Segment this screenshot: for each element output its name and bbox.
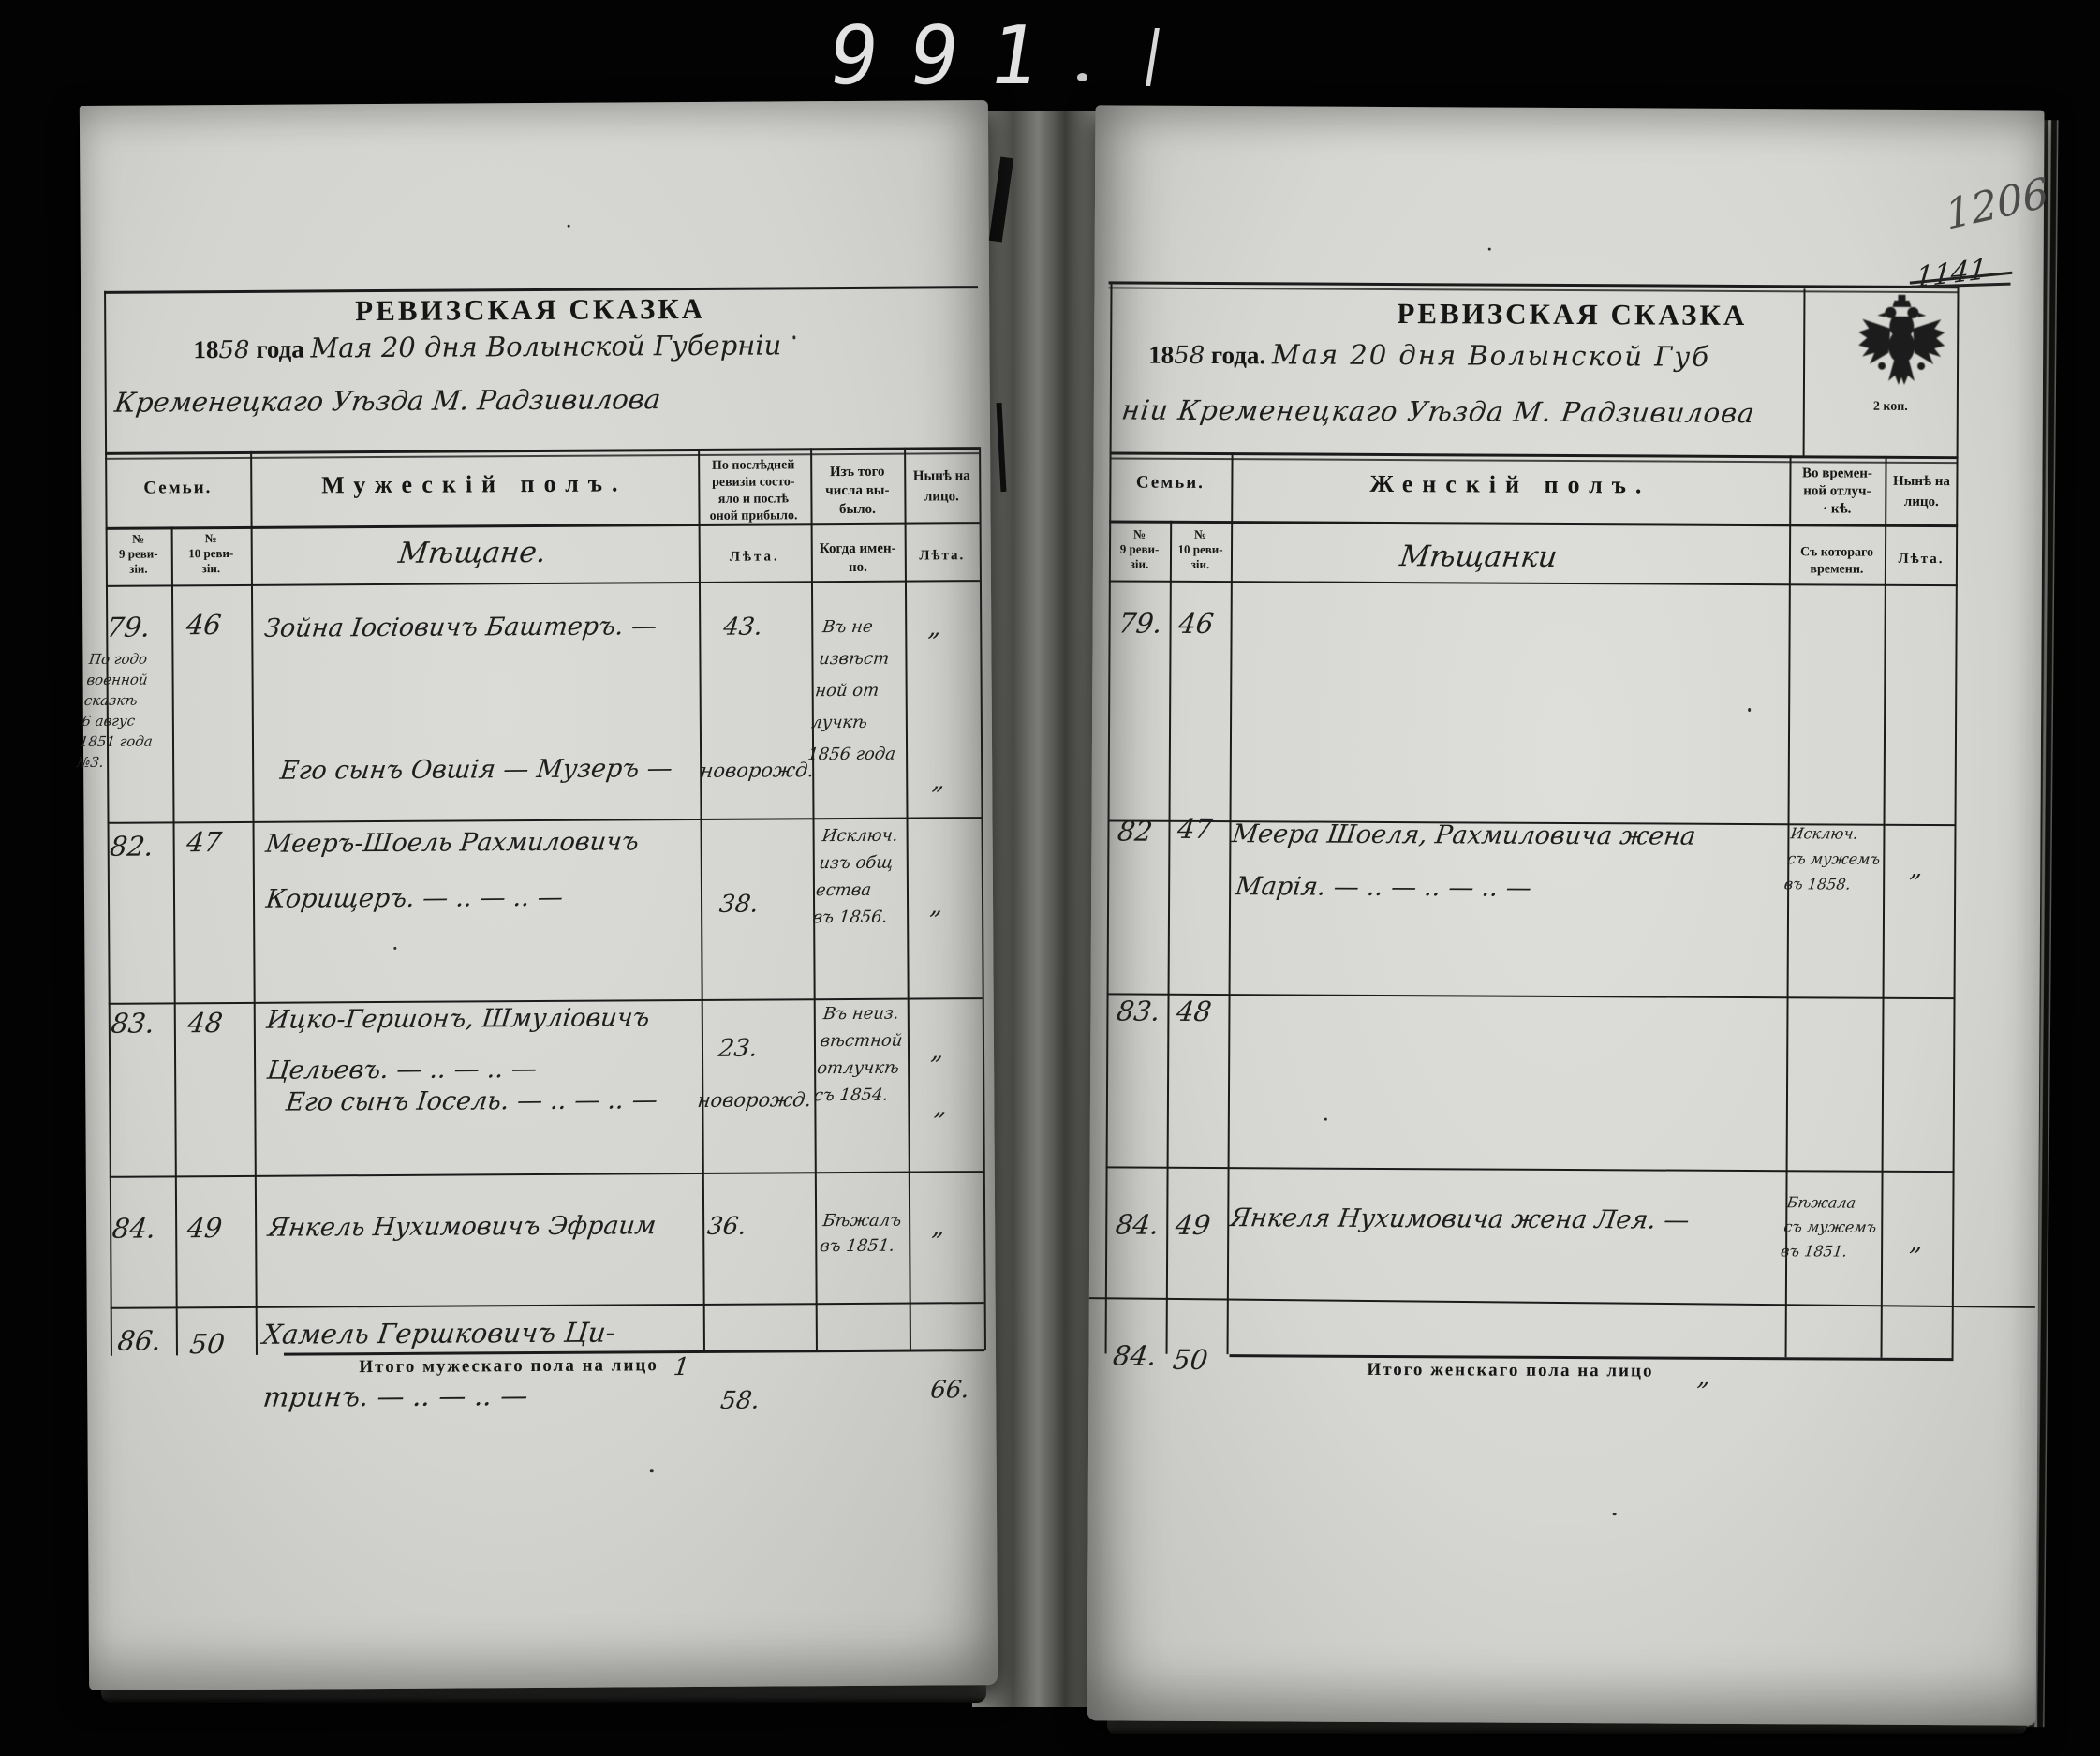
row-age: 58. xyxy=(719,1387,762,1415)
col-prev-revision: По послѣдней ревизіи состо- яло и послѣ … xyxy=(696,457,810,525)
rule xyxy=(1952,286,1960,1358)
row-n9: 82. xyxy=(109,830,155,862)
rule xyxy=(250,451,258,1355)
right-page: 1206 1141 2 коп. РЕВИЗСКАЯ СКАЗКА 1858 г… xyxy=(1087,105,2044,1725)
scan-counter-dot xyxy=(1077,73,1087,81)
rule xyxy=(904,448,911,1351)
row-age: 36. xyxy=(706,1213,748,1241)
row-n10: 48 xyxy=(186,1007,225,1039)
rule xyxy=(171,526,178,1355)
col-now-present: Нынѣ на лицо. xyxy=(904,465,979,507)
row-n9: 79. xyxy=(1117,608,1163,640)
ditto-mark: „ xyxy=(1908,1229,1924,1257)
rule xyxy=(698,449,705,1352)
row-n10: 48 xyxy=(1175,996,1213,1027)
row-name: Янкеля Нухимовича жена Лея. — xyxy=(1228,1203,1691,1235)
estate-label: Мѣщане. xyxy=(396,536,547,570)
paper-speck xyxy=(1613,1513,1617,1515)
row-n10: 50 xyxy=(188,1328,227,1360)
pencil-page-number: 1206 xyxy=(1943,169,2051,239)
row-n10: 49 xyxy=(185,1212,224,1244)
total-value: „ xyxy=(1696,1364,1712,1392)
hand-date-line2: ніи Кременецкаго Уѣзда М. Радзивилова xyxy=(1120,394,1757,430)
row-name: Марія. — .. — .. — .. — xyxy=(1234,872,1533,903)
ditto-mark: „ xyxy=(1909,855,1925,883)
rule xyxy=(1105,281,1113,1353)
col-temporary-absence: Во времен- ной отлуч- · кѣ. xyxy=(1789,465,1885,519)
col-male-sex: Мужескій полъ. xyxy=(250,469,698,500)
row-n10: 46 xyxy=(1176,608,1215,640)
subcol-since-when: Съ котораго времени. xyxy=(1789,544,1885,579)
row-name: Меера Шоеля, Рахмиловича жена xyxy=(1231,819,1698,851)
row-departure-note: Въ неиз. вѣстной отлучкѣ съ 1854. xyxy=(812,1000,907,1110)
row-n9: 83. xyxy=(1115,996,1161,1027)
hand-year: 58 xyxy=(218,336,249,364)
row-n9: 79. xyxy=(105,612,152,643)
paper-speck xyxy=(1748,708,1751,712)
row-age: 43. xyxy=(722,613,764,642)
rule xyxy=(979,447,986,1350)
row-name: Цельевъ. — .. — .. — xyxy=(265,1055,539,1085)
col-family: Семьи. xyxy=(1109,472,1231,494)
row-now-age: 66. xyxy=(929,1376,971,1404)
hand-year: 58 xyxy=(1174,342,1205,370)
crossed-out-number: 1141 xyxy=(1914,253,1988,295)
rule xyxy=(1089,1297,2035,1308)
row-name: Зойна Іосіовичъ Баштеръ. — xyxy=(263,612,658,643)
ditto-mark: „ xyxy=(931,1213,947,1241)
paper-speck xyxy=(650,1469,654,1472)
imperial-eagle-stamp-icon xyxy=(1855,295,1949,397)
hand-date-rest: Мая 20 дня Волынской Губерніи xyxy=(310,329,781,363)
subcol-10th-revision: № 10 реви- зіи. xyxy=(1170,527,1231,572)
rule xyxy=(1109,520,1958,527)
subcol-10th-revision: № 10 реви- зіи. xyxy=(171,531,251,577)
left-page: РЕВИЗСКАЯ СКАЗКА 1858 года Мая 20 дня Во… xyxy=(80,100,998,1690)
paper-speck xyxy=(792,335,795,339)
rule xyxy=(1230,1354,1954,1361)
row-absence-note: Исключ. съ мужемъ въ 1858. xyxy=(1782,820,1885,896)
col-departed: Изъ того числа вы- было. xyxy=(810,463,904,520)
subcol-9th-revision: № 9 реви- зіи. xyxy=(1109,526,1170,571)
row-n9: 84. xyxy=(1111,1339,1158,1371)
subcol-age2: Лѣта. xyxy=(905,548,980,564)
paper-speck xyxy=(393,947,396,950)
row-margin-note: По годо военной сказкѣ 6 авгус 1851 года… xyxy=(76,648,163,773)
ditto-mark: „ xyxy=(928,892,944,920)
printed-goda: года xyxy=(249,334,310,362)
scan-counter: 991 xyxy=(821,9,1077,103)
row-n9: 84. xyxy=(111,1212,157,1244)
page-title: РЕВИЗСКАЯ СКАЗКА xyxy=(319,292,741,329)
rule xyxy=(1881,456,1887,1358)
row-name: Ицко-Гершонъ, Шмуліовичъ xyxy=(265,1003,651,1035)
col-female-sex: Женскій полъ. xyxy=(1231,469,1789,500)
rule xyxy=(1803,288,1806,457)
row-name: Корищеръ. — .. — .. — xyxy=(264,883,565,914)
rule xyxy=(1109,580,1958,586)
rule xyxy=(1166,521,1173,1354)
row-name: тринъ. — .. — .. — xyxy=(261,1380,529,1413)
row-absence-note: Бѣжала съ мужемъ въ 1851. xyxy=(1779,1190,1881,1263)
row-n9: 84. xyxy=(1114,1209,1161,1241)
subcol-9th-revision: № 9 реви- зіи. xyxy=(106,531,171,576)
row-n10: 47 xyxy=(1176,813,1214,845)
ditto-mark: „ xyxy=(929,1037,945,1065)
col-now-present: Нынѣ на лицо. xyxy=(1885,471,1958,512)
row-name: Его сынъ Овшія — Музеръ — xyxy=(278,754,673,786)
total-value: 1 xyxy=(672,1353,690,1381)
paper-speck xyxy=(568,225,570,228)
row-name: Его сынъ Іосель. — .. — .. — xyxy=(285,1085,659,1116)
stamp-denomination: 2 коп. xyxy=(1873,400,1908,415)
subcol-age: Лѣта. xyxy=(699,549,811,566)
total-label: Итого мужескаго пола на лицо xyxy=(340,1355,677,1378)
ditto-mark: „ xyxy=(927,613,943,642)
paper-speck xyxy=(1488,248,1491,251)
row-age-newborn: новорожд. xyxy=(696,1088,812,1112)
total-label: Итого женскаго пола на лицо xyxy=(1341,1360,1679,1382)
rule xyxy=(110,1171,983,1178)
printed-year-prefix: 18 xyxy=(193,335,218,363)
row-departure-note: Бѣжалъ въ 1851. xyxy=(819,1208,903,1260)
row-name: Янкель Нухимовичъ Эфраим xyxy=(266,1211,658,1243)
col-family: Семьи. xyxy=(105,478,250,499)
subcol-age: Лѣта. xyxy=(1885,552,1958,568)
ditto-mark: „ xyxy=(931,767,947,795)
row-n10: 50 xyxy=(1171,1344,1209,1376)
rule xyxy=(111,1302,984,1309)
hand-date-rest: Мая 20 дня Волынской Губ xyxy=(1272,338,1710,372)
row-departure-note: Въ не извѣст ной от лучкѣ 1856 года xyxy=(806,612,911,772)
date-line: 1858 года Мая 20 дня Волынской Губерніи xyxy=(193,329,781,364)
row-age-newborn: новорожд. xyxy=(699,759,815,782)
row-age: 23. xyxy=(717,1035,759,1063)
row-n9: 86. xyxy=(116,1324,163,1356)
row-age: 38. xyxy=(717,891,760,919)
paper-speck xyxy=(1324,1118,1327,1121)
rule xyxy=(1106,1166,1955,1173)
scan-counter-partial-digit xyxy=(1146,28,1160,86)
row-n9: 83. xyxy=(110,1007,156,1039)
row-n9: 82 xyxy=(1116,816,1154,848)
rule xyxy=(106,522,980,530)
date-line: 1858 года. Мая 20 дня Волынской Губ xyxy=(1148,338,1710,373)
row-n10: 49 xyxy=(1174,1209,1212,1241)
rule xyxy=(1107,993,1956,999)
row-name: Мееръ-Шоель Рахмиловичъ xyxy=(264,827,641,858)
subcol-when: Когда имен- но. xyxy=(811,539,905,578)
row-departure-note: Исключ. изъ общ ества въ 1856. xyxy=(811,822,899,932)
ditto-mark: „ xyxy=(933,1093,949,1121)
estate-label: Мѣщанки xyxy=(1398,539,1559,574)
rule xyxy=(106,580,980,587)
row-name: Хамель Гершковичъ Ци- xyxy=(261,1316,617,1350)
row-n10: 46 xyxy=(185,609,223,641)
row-n10: 47 xyxy=(185,826,224,858)
printed-year-prefix: 18 xyxy=(1148,341,1174,369)
printed-goda: года. xyxy=(1205,341,1272,369)
hand-date-line2: Кременецкаго Уѣзда М. Радзивилова xyxy=(113,383,662,419)
page-title: РЕВИЗСКАЯ СКАЗКА xyxy=(1375,297,1768,332)
